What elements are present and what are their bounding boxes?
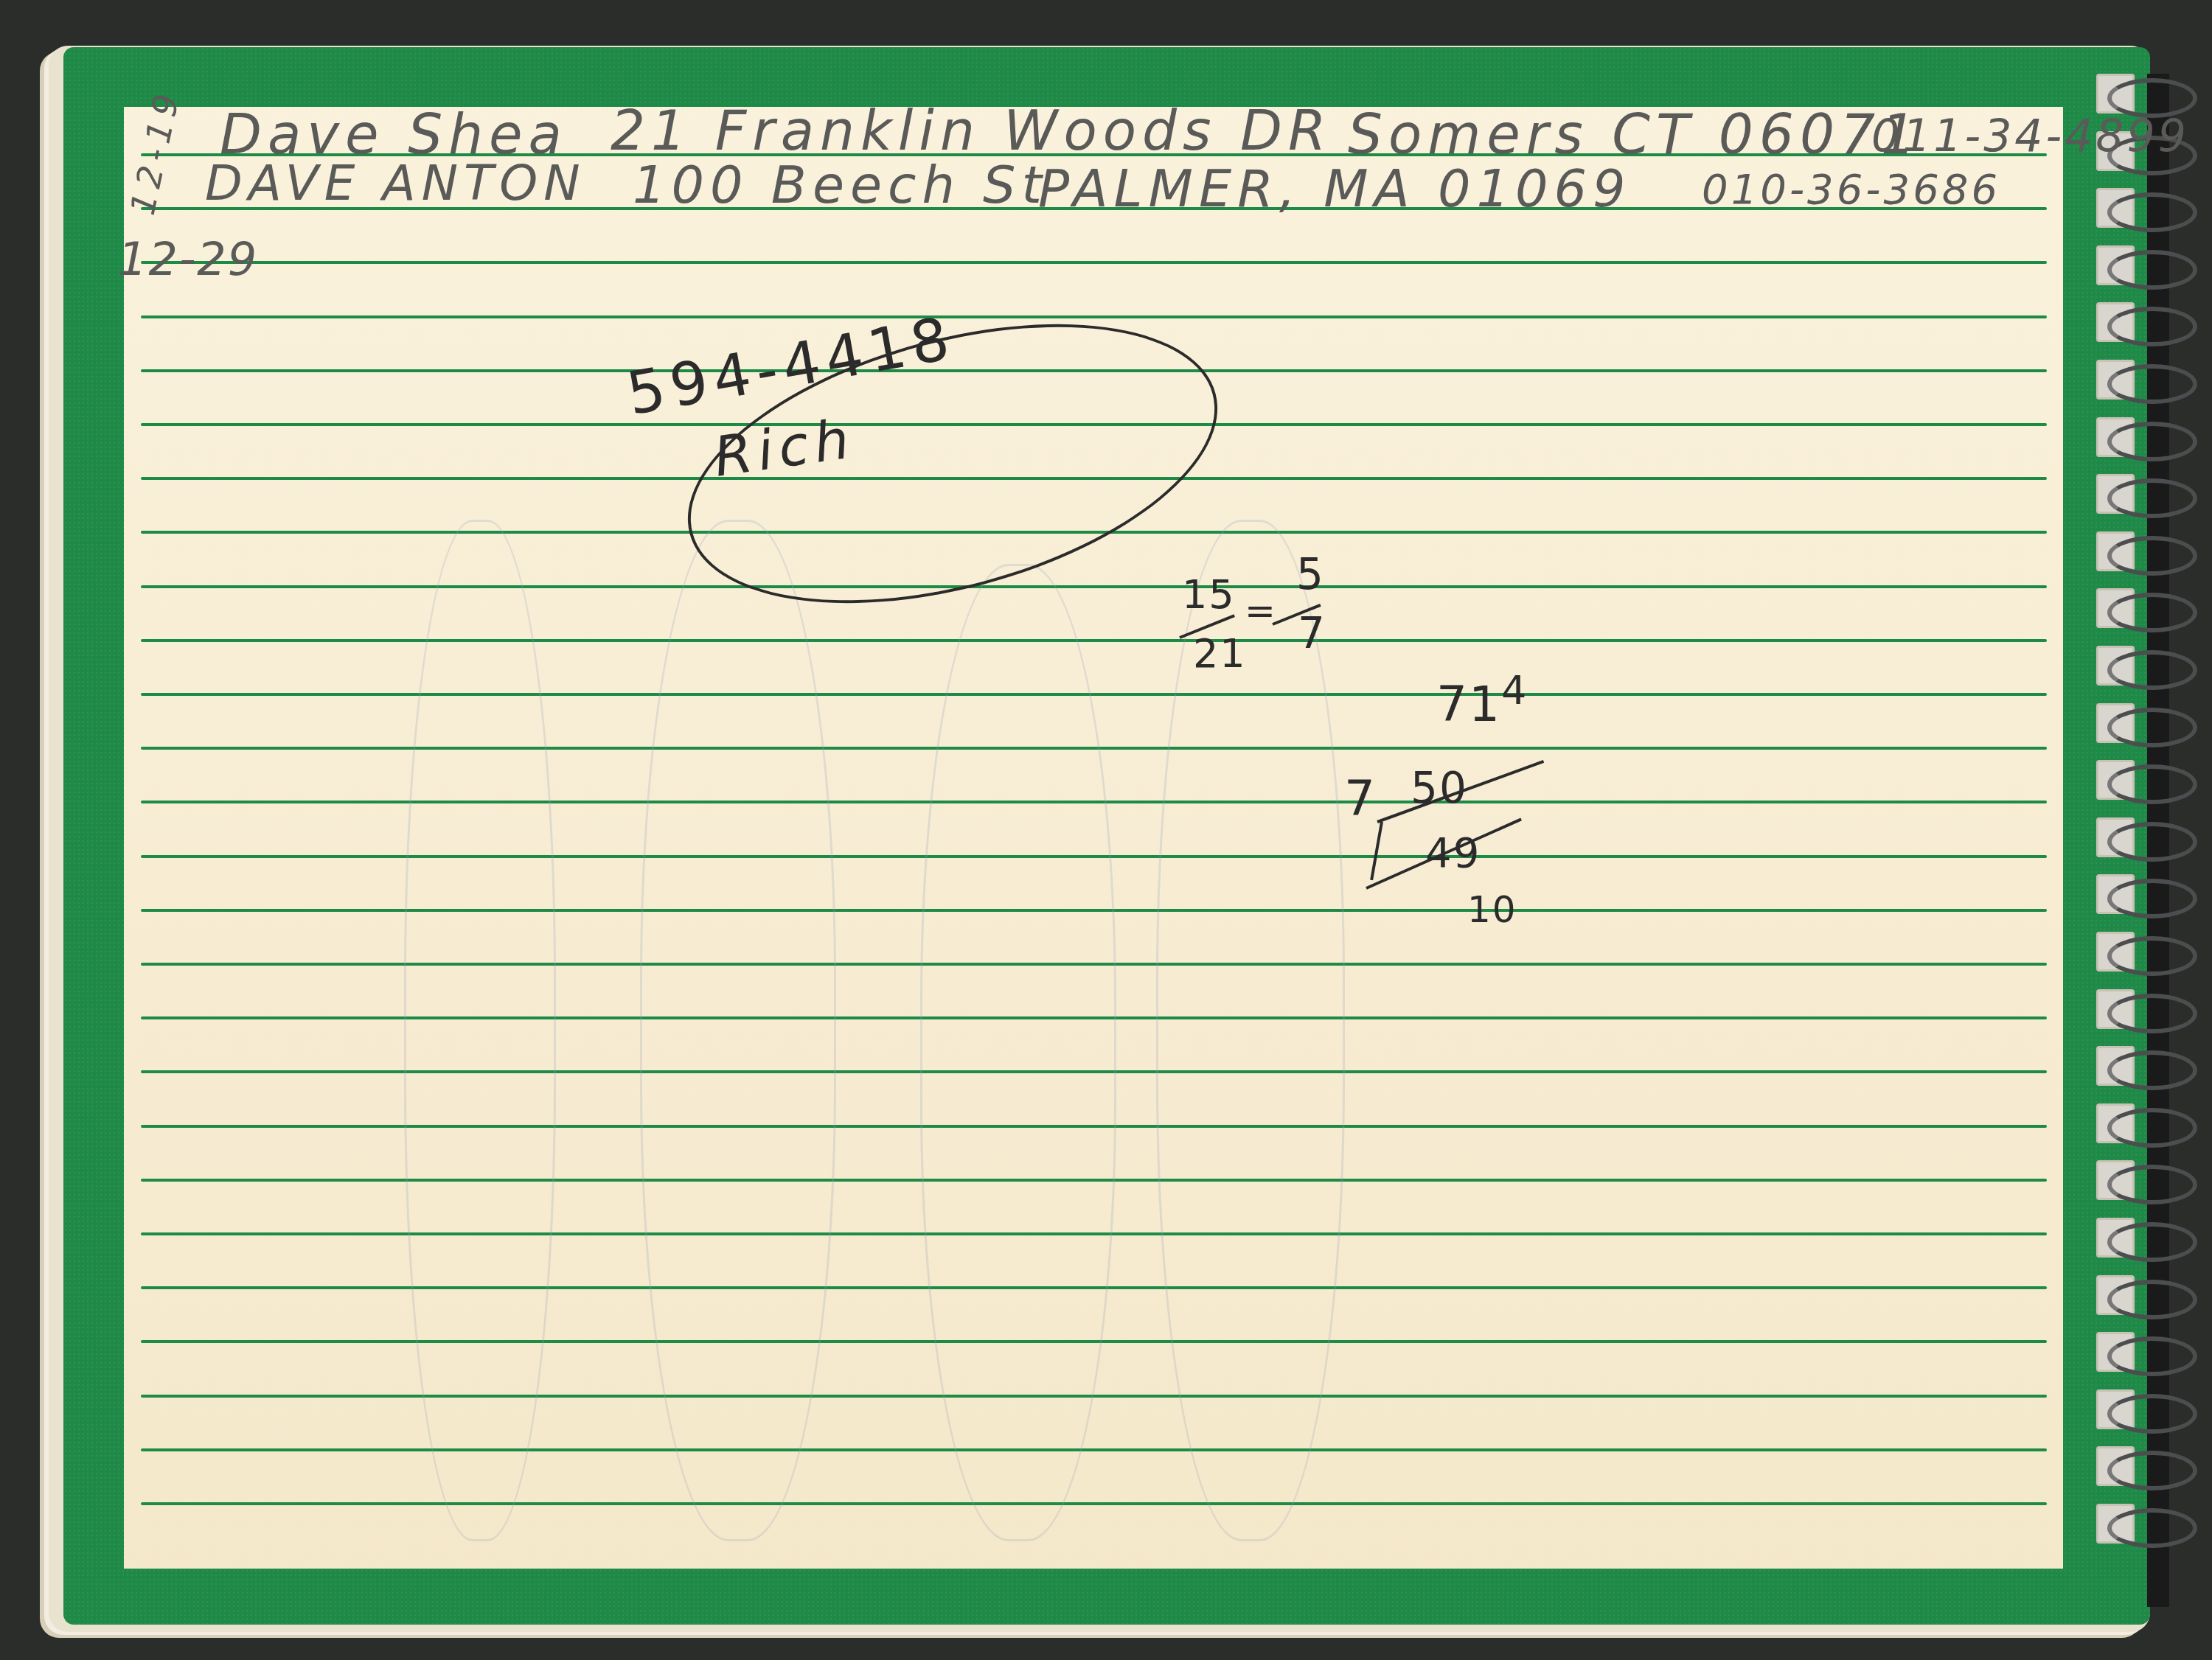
spiral-ring (2107, 1394, 2197, 1434)
spiral-ring (2107, 1336, 2197, 1376)
entry-2-city-state-zip: PALMER, MA 01069 (1038, 158, 1632, 219)
spiral-ring (2107, 1108, 2197, 1148)
fraction-left-denominator: 21 (1193, 630, 1247, 677)
spiral-ring (2107, 936, 2197, 976)
division-divisor: 7 (1344, 770, 1381, 827)
spiral-ring (2107, 764, 2197, 804)
faint-pencil-outline (1156, 520, 1345, 1541)
entry-1-phone: 011-34-4899 (1871, 111, 2189, 162)
spiral-ring (2107, 364, 2197, 404)
quotient-digit-1: 1 (1469, 676, 1501, 733)
spiral-ring (2107, 1165, 2197, 1204)
spiral-ring (2107, 536, 2197, 576)
date-note: 12-29 (118, 232, 258, 286)
division-subtrahend: 49 (1425, 829, 1481, 877)
fraction-right-denominator: 7 (1298, 608, 1331, 658)
division-remainder: 10 (1467, 888, 1517, 931)
spiral-ring (2107, 1050, 2197, 1090)
spiral-ring (2107, 822, 2197, 862)
fraction-left-numerator: 15 (1182, 571, 1236, 618)
quotient-superscript: 4 (1501, 667, 1528, 714)
spiral-ring (2107, 708, 2197, 747)
spiral-ring (2107, 1222, 2197, 1262)
fraction-right-numerator: 5 (1296, 549, 1329, 599)
spiral-ring (2107, 1451, 2197, 1490)
ruled-line (141, 585, 2047, 588)
spiral-ring (2107, 1508, 2197, 1548)
spiral-ring (2107, 192, 2197, 232)
division-bracket (1370, 822, 1383, 880)
division-quotient: 714 (1436, 667, 1528, 733)
quotient-digit: 7 (1436, 676, 1469, 733)
spiral-ring (2107, 250, 2197, 290)
spiral-ring (2107, 1280, 2197, 1319)
notebook-paper: 12-19 Dave Shea 21 Franklin Woods DR Som… (124, 107, 2063, 1569)
spiral-ring (2107, 478, 2197, 518)
fraction-equals: = (1245, 590, 1281, 632)
faint-pencil-outline (640, 520, 836, 1541)
spiral-ring (2107, 879, 2197, 918)
ruled-line (141, 261, 2047, 264)
ruled-line (141, 1448, 2047, 1451)
ruled-line (141, 315, 2047, 318)
faint-pencil-outline (404, 520, 556, 1541)
faint-pencil-outline (920, 564, 1116, 1541)
division-dividend: 50 (1411, 763, 1468, 813)
entry-1-address: 21 Franklin Woods DR (611, 100, 1332, 163)
entry-2-name: DAVE ANTON (205, 155, 586, 212)
entry-2-phone: 010-36-3686 (1702, 166, 2000, 214)
spiral-ring (2107, 422, 2197, 461)
spiral-ring (2107, 650, 2197, 690)
ruled-line (141, 1502, 2047, 1505)
entry-2-address: 100 Beech St (633, 155, 1048, 215)
spiral-ring (2107, 593, 2197, 632)
entry-1-city-state-zip: Somers CT 06071 (1348, 103, 1921, 167)
spiral-ring (2107, 307, 2197, 346)
spiral-ring (2107, 994, 2197, 1033)
